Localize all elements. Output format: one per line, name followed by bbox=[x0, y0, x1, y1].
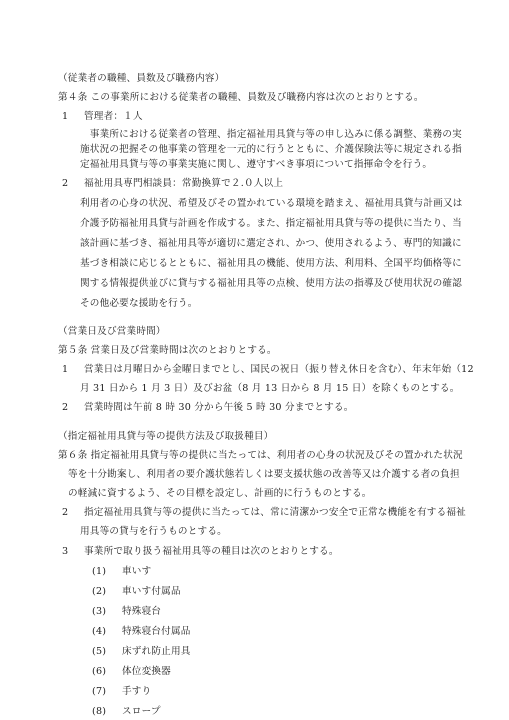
article4-heading: （従業者の職種、員数及び職務内容） bbox=[58, 70, 225, 84]
category-item: (8)スロープ bbox=[92, 703, 161, 717]
item-text: 事業所で取り扱う福祉用具等の種目は次のとおりとする。 bbox=[84, 546, 339, 557]
category-number: (3) bbox=[92, 606, 122, 617]
category-label: 体位変換器 bbox=[122, 666, 171, 677]
category-number: (1) bbox=[92, 566, 122, 577]
article4-item2-body-line: 介護予防福祉用具貸与計画を作成する。また、指定福祉用具貸与等の提供に当たり、当 bbox=[80, 215, 462, 229]
category-label: 床ずれ防止用具 bbox=[122, 646, 191, 657]
item-label: 管理者：１人 bbox=[84, 111, 143, 122]
article5-item1-line: 月 31 日から 1 月 3 日）及びお盆（8 月 13 日から 8 月 15 … bbox=[80, 380, 460, 394]
item-text: 営業時間は午前 8 時 30 分から午後 5 時 30 分までとする。 bbox=[84, 402, 354, 413]
category-label: スロープ bbox=[122, 706, 161, 717]
item-text: 営業日は月曜日から金曜日までとし、国民の祝日（振り替え休日を含む）、年末年始（1… bbox=[84, 364, 474, 375]
article5-heading: （営業日及び営業時間） bbox=[58, 323, 166, 337]
category-item: (1)車いす bbox=[92, 563, 151, 577]
category-number: (7) bbox=[92, 686, 122, 697]
article6-title-line: の軽減に資するよう、その目標を設定し、計画的に行うものとする。 bbox=[68, 485, 372, 499]
category-item: (6)体位変換器 bbox=[92, 663, 171, 677]
category-number: (4) bbox=[92, 626, 122, 637]
article4-item2-body-line: 関する情報提供並びに貸与する福祉用具等の点検、使用方法の指導及び使用状況の確認 bbox=[80, 275, 462, 289]
category-item: (3)特殊寝台 bbox=[92, 603, 161, 617]
category-number: (8) bbox=[92, 706, 122, 717]
article4-item2-body-line: 該計画に基づき、福祉用具等が適切に選定され、かつ、使用されるよう、専門的知識に bbox=[80, 235, 462, 249]
category-label: 車いす bbox=[122, 566, 151, 577]
article4-item1-body-line: 定福祉用具貸与等の事業実施に関し、遵守すべき事項について指揮命令を行う。 bbox=[80, 156, 432, 170]
article4-title: 第４条 この事業所における従業者の職種、員数及び職務内容は次のとおりとする。 bbox=[58, 89, 424, 103]
article6-item2: 2指定福祉用具貸与等の提供に当たっては、常に清潔かつ安全で正常な機能を有する福祉 bbox=[62, 504, 466, 518]
article5-item1: 1営業日は月曜日から金曜日までとし、国民の祝日（振り替え休日を含む）、年末年始（… bbox=[62, 361, 474, 375]
item-number: 2 bbox=[62, 402, 84, 413]
item-number: 3 bbox=[62, 546, 84, 557]
category-item: (5)床ずれ防止用具 bbox=[92, 643, 191, 657]
article4-item1-body-line: 事業所における従業者の管理、指定福祉用具貸与等の申し込みに係る調整、業務の実 bbox=[80, 126, 462, 140]
item-number: 1 bbox=[62, 364, 84, 375]
category-label: 手すり bbox=[122, 686, 151, 697]
item-number: 2 bbox=[62, 507, 84, 518]
article6-heading: （指定福祉用具貸与等の提供方法及び取扱種目） bbox=[58, 428, 273, 442]
article4-item1: 1管理者：１人 bbox=[62, 108, 143, 122]
category-label: 車いす付属品 bbox=[122, 586, 181, 597]
category-number: (5) bbox=[92, 646, 122, 657]
category-item: (7)手すり bbox=[92, 683, 151, 697]
article4-item2-body-line: その他必要な援助を行う。 bbox=[80, 295, 198, 309]
category-number: (6) bbox=[92, 666, 122, 677]
article5-item2: 2営業時間は午前 8 時 30 分から午後 5 時 30 分までとする。 bbox=[62, 399, 354, 413]
category-label: 特殊寝台付属品 bbox=[122, 626, 191, 637]
item-text: 指定福祉用具貸与等の提供に当たっては、常に清潔かつ安全で正常な機能を有する福祉 bbox=[84, 507, 466, 518]
article6-title-line: 等を十分勘案し、利用者の要介護状態若しくは要支援状態の改善等又は介護する者の負担 bbox=[68, 466, 460, 480]
article6-item3: 3事業所で取り扱う福祉用具等の種目は次のとおりとする。 bbox=[62, 543, 339, 557]
item-number: 2 bbox=[62, 178, 84, 189]
article6-title-line: 第６条 指定福祉用具貸与等の提供に当たっては、利用者の心身の状況及びその置かれた… bbox=[58, 447, 463, 461]
article4-item2-body-line: 利用者の心身の状況、希望及びその置かれている環境を踏まえ、福祉用具貸与計画又は bbox=[80, 195, 463, 209]
category-number: (2) bbox=[92, 586, 122, 597]
category-label: 特殊寝台 bbox=[122, 606, 161, 617]
category-item: (2)車いす付属品 bbox=[92, 583, 181, 597]
article6-item2-line: 用具等の貸与を行うものとする。 bbox=[80, 523, 227, 537]
article4-item2: 2福祉用具専門相談員：常勤換算で２.０人以上 bbox=[62, 175, 283, 189]
category-item: (4)特殊寝台付属品 bbox=[92, 623, 191, 637]
item-label: 福祉用具専門相談員：常勤換算で２.０人以上 bbox=[84, 178, 283, 189]
article4-item1-body-line: 施状況の把握その他事業の管理を一元的に行うとともに、介護保険法等に規定される指 bbox=[80, 141, 462, 155]
article5-title: 第５条 営業日及び営業時間は次のとおりとする。 bbox=[58, 342, 277, 356]
item-number: 1 bbox=[62, 111, 84, 122]
article4-item2-body-line: 基づき相談に応じるとともに、福祉用具の機能、使用方法、利用料、全国平均価格等に bbox=[80, 255, 462, 269]
